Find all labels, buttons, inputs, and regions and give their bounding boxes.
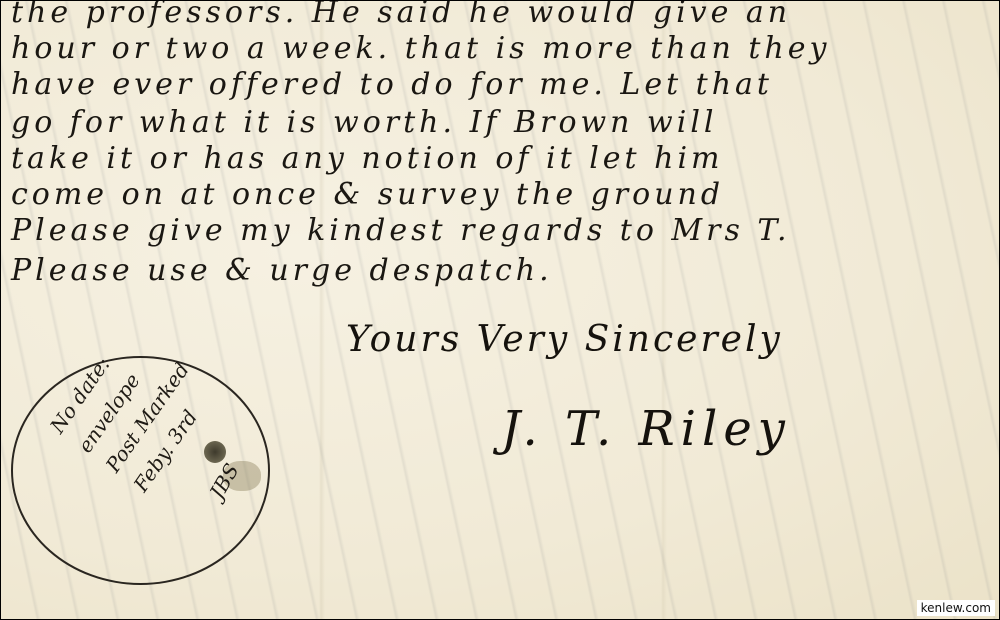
letter-signature: J. T. Riley: [501, 401, 791, 457]
letter-closing: Yours Very Sincerely: [346, 319, 783, 360]
letter-line: Please use & urge despatch.: [11, 253, 553, 288]
letter-line: hour or two a week. that is more than th…: [11, 31, 830, 66]
letter-line: have ever offered to do for me. Let that: [11, 67, 773, 102]
letter-page: the professors. He said he would give an…: [1, 1, 999, 619]
letter-line: the professors. He said he would give an: [11, 1, 791, 30]
letter-line: take it or has any notion of it let him: [11, 141, 724, 176]
watermark: kenlew.com: [917, 600, 995, 616]
letter-line: go for what it is worth. If Brown will: [11, 105, 718, 140]
letter-line: come on at once & survey the ground: [11, 177, 724, 212]
letter-line: Please give my kindest regards to Mrs T.: [11, 213, 791, 248]
